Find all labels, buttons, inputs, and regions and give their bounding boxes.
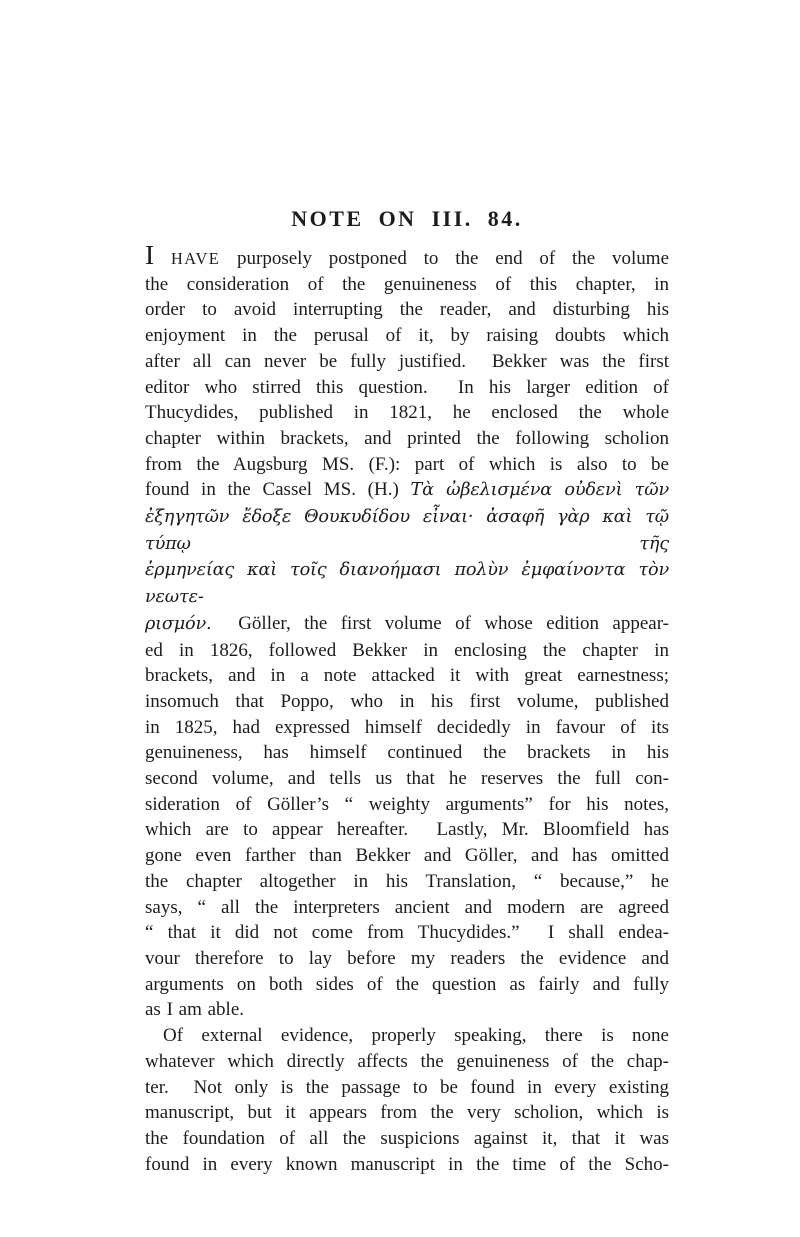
text-segment: vour therefore to lay before my readers … bbox=[145, 948, 669, 969]
text-segment: ed in 1826, followed Bekker in enclosing… bbox=[145, 640, 669, 661]
text-line: says, “ all the interpreters ancient and… bbox=[145, 895, 669, 921]
text-segment: purposely postponed to the end of the vo… bbox=[220, 248, 669, 269]
text-line: the consideration of the genuineness of … bbox=[145, 272, 669, 298]
text-line: Of external evidence, properly speaking,… bbox=[145, 1023, 669, 1049]
text-segment: as I am able. bbox=[145, 999, 244, 1020]
text-line: ter. Not only is the passage to be found… bbox=[145, 1075, 669, 1101]
text-line: brackets, and in a note attacked it with… bbox=[145, 663, 669, 689]
text-line: I HAVE purposely postponed to the end of… bbox=[145, 241, 669, 272]
text-segment: order to avoid interrupting the reader, … bbox=[145, 299, 669, 320]
text-line: ἐξηγητῶν ἔδοξε Θουκυδίδου εἶναι· ἀσαφῆ γ… bbox=[145, 504, 669, 557]
text-segment: HAVE bbox=[171, 249, 220, 268]
text-line: ρισμόν. Göller, the first volume of whos… bbox=[145, 611, 669, 638]
text-segment: the chapter altogether in his Translatio… bbox=[145, 871, 669, 892]
text-line: order to avoid interrupting the reader, … bbox=[145, 297, 669, 323]
text-segment: Of external evidence, properly speaking,… bbox=[163, 1025, 669, 1046]
text-line: enjoyment in the perusal of it, by raisi… bbox=[145, 323, 669, 349]
text-line: found in the Cassel MS. (H.) Τὰ ὠβελισμέ… bbox=[145, 477, 669, 504]
text-line: gone even farther than Bekker and Göller… bbox=[145, 843, 669, 869]
text-segment: whatever which directly affects the genu… bbox=[145, 1051, 669, 1072]
text-line: vour therefore to lay before my readers … bbox=[145, 946, 669, 972]
greek-text: Τὰ ὠβελισμένα οὐδενὶ τῶν bbox=[411, 480, 669, 500]
text-segment: arguments on both sides of the question … bbox=[145, 974, 669, 995]
text-segment: the foundation of all the suspicions aga… bbox=[145, 1128, 669, 1149]
text-segment: found in the Cassel MS. (H.) bbox=[145, 479, 411, 500]
text-line: second volume, and tells us that he rese… bbox=[145, 766, 669, 792]
greek-text: ἐξηγητῶν ἔδοξε Θουκυδίδου εἶναι· ἀσαφῆ γ… bbox=[145, 507, 675, 554]
text-line: genuineness, has himself continued the b… bbox=[145, 740, 669, 766]
greek-text: ρισμόν. bbox=[145, 614, 211, 634]
text-line: chapter within brackets, and printed the… bbox=[145, 426, 669, 452]
text-segment: after all can never be fully justified. … bbox=[145, 351, 669, 372]
text-line: from the Augsburg MS. (F.): part of whic… bbox=[145, 452, 669, 478]
text-segment: I bbox=[145, 239, 154, 270]
text-line: insomuch that Poppo, who in his first vo… bbox=[145, 689, 669, 715]
text-line: Thucydides, published in 1821, he enclos… bbox=[145, 400, 669, 426]
text-segment: sideration of Göller’s “ weighty argumen… bbox=[145, 794, 669, 815]
paragraph: Of external evidence, properly speaking,… bbox=[145, 1023, 669, 1177]
text-line: the foundation of all the suspicions aga… bbox=[145, 1126, 669, 1152]
text-segment: which are to appear hereafter. Lastly, M… bbox=[145, 819, 669, 840]
text-segment: says, “ all the interpreters ancient and… bbox=[145, 897, 669, 918]
text-segment: ter. Not only is the passage to be found… bbox=[145, 1077, 669, 1098]
text-line: editor who stirred this question. In his… bbox=[145, 375, 669, 401]
text-segment: enjoyment in the perusal of it, by raisi… bbox=[145, 325, 669, 346]
text-segment: found in every known manuscript in the t… bbox=[145, 1154, 669, 1175]
book-page: NOTE ON III. 84. I HAVE purposely postpo… bbox=[0, 0, 800, 1237]
text-line: “ that it did not come from Thucydides.”… bbox=[145, 920, 669, 946]
text-line: arguments on both sides of the question … bbox=[145, 972, 669, 998]
greek-text: ἑρμηνείας καὶ τοῖς διανοήμασι πολὺν ἐμφα… bbox=[145, 560, 675, 607]
text-line: after all can never be fully justified. … bbox=[145, 349, 669, 375]
text-segment: in 1825, had expressed himself decidedly… bbox=[145, 717, 669, 738]
page-title: NOTE ON III. 84. bbox=[145, 206, 669, 232]
text-segment: the consideration of the genuineness of … bbox=[145, 274, 669, 295]
page-body: I HAVE purposely postponed to the end of… bbox=[145, 241, 669, 1177]
text-line: which are to appear hereafter. Lastly, M… bbox=[145, 817, 669, 843]
text-line: the chapter altogether in his Translatio… bbox=[145, 869, 669, 895]
text-segment bbox=[154, 248, 171, 269]
text-line: ed in 1826, followed Bekker in enclosing… bbox=[145, 638, 669, 664]
text-segment: second volume, and tells us that he rese… bbox=[145, 768, 669, 789]
text-segment: manuscript, but it appears from the very… bbox=[145, 1102, 669, 1123]
text-segment: genuineness, has himself continued the b… bbox=[145, 742, 669, 763]
text-segment: Thucydides, published in 1821, he enclos… bbox=[145, 402, 669, 423]
paragraph: I HAVE purposely postponed to the end of… bbox=[145, 241, 669, 1023]
text-line: ἑρμηνείας καὶ τοῖς διανοήμασι πολὺν ἐμφα… bbox=[145, 557, 669, 610]
text-segment: insomuch that Poppo, who in his first vo… bbox=[145, 691, 669, 712]
text-segment: Göller, the first volume of whose editio… bbox=[211, 613, 669, 634]
text-segment: brackets, and in a note attacked it with… bbox=[145, 665, 669, 686]
text-line: sideration of Göller’s “ weighty argumen… bbox=[145, 792, 669, 818]
text-line: found in every known manuscript in the t… bbox=[145, 1152, 669, 1178]
text-line: whatever which directly affects the genu… bbox=[145, 1049, 669, 1075]
text-line: as I am able. bbox=[145, 997, 669, 1023]
text-segment: editor who stirred this question. In his… bbox=[145, 377, 669, 398]
text-segment: chapter within brackets, and printed the… bbox=[145, 428, 669, 449]
text-line: in 1825, had expressed himself decidedly… bbox=[145, 715, 669, 741]
text-line: manuscript, but it appears from the very… bbox=[145, 1100, 669, 1126]
text-segment: from the Augsburg MS. (F.): part of whic… bbox=[145, 454, 669, 475]
text-segment: “ that it did not come from Thucydides.”… bbox=[145, 922, 669, 943]
text-segment: gone even farther than Bekker and Göller… bbox=[145, 845, 669, 866]
